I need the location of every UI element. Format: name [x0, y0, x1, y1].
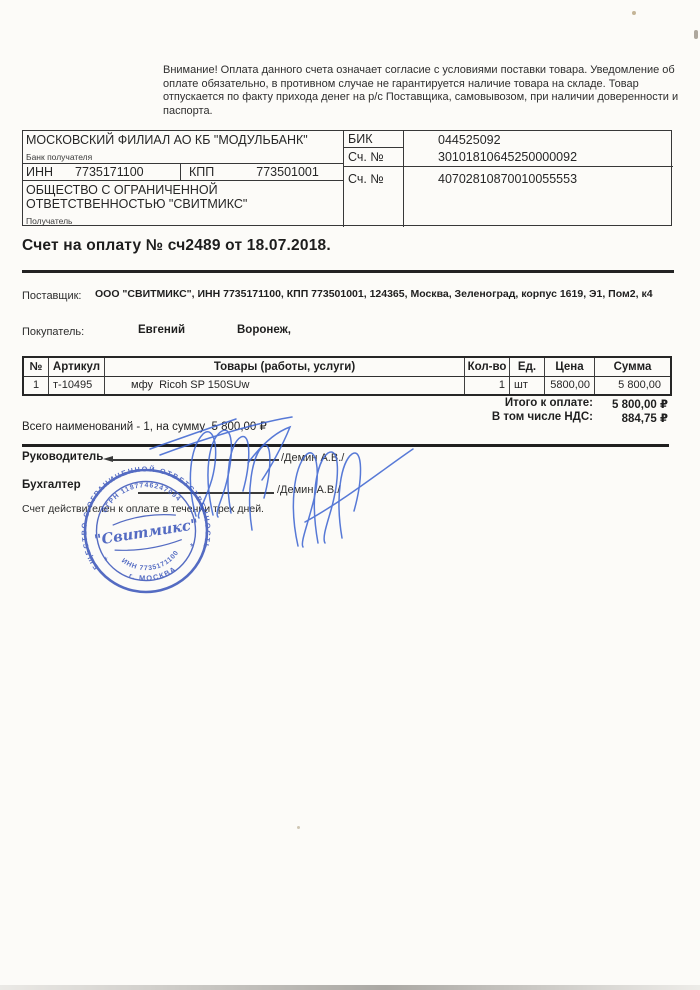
bank-details-table: МОСКОВСКИЙ ФИЛИАЛ АО КБ "МОДУЛЬБАНК" Бан… — [22, 130, 672, 226]
accountant-name: /Демин А.В./ — [277, 484, 340, 496]
supplier-label: Поставщик: — [22, 290, 81, 302]
title-separator-line — [22, 270, 674, 273]
director-name: /Демин А.В./ — [281, 452, 344, 464]
col-header-sku: Артикул — [49, 358, 105, 377]
col-header-num: № — [24, 358, 49, 377]
inn-value: 7735171100 — [75, 165, 144, 179]
inn-label: ИНН — [23, 165, 53, 179]
payment-warning-text: Внимание! Оплата данного счета означает … — [163, 64, 699, 118]
company-stamp: ОБЩЕСТВО С ОГРАНИЧЕННОЙ ОТВЕТСТВЕННОСТЬЮ… — [78, 463, 214, 599]
director-label: Руководитель — [22, 451, 103, 463]
item-row-sum: 5 800,00 — [595, 377, 670, 394]
item-row-name: мфу Ricoh SP 150SUw — [105, 377, 465, 394]
bik-and-corr-values: 044525092 30101810645250000092 — [404, 131, 673, 167]
corr-account-value: 30101810645250000092 — [438, 149, 673, 166]
stamp-company-name: "Свитмикс" — [93, 516, 199, 549]
item-row-sku: т-10495 — [49, 377, 105, 394]
buyer-first-name: Евгений — [138, 324, 185, 336]
accountant-label: Бухгалтер — [22, 479, 81, 491]
bik-label: БИК — [344, 131, 404, 148]
items-summary-line: Всего наименований - 1, на сумму 5 800,0… — [22, 419, 267, 433]
bik-value: 044525092 — [438, 132, 673, 149]
bank-name-cell: МОСКОВСКИЙ ФИЛИАЛ АО КБ "МОДУЛЬБАНК" Бан… — [23, 131, 344, 164]
totals-separator-line — [22, 444, 669, 447]
vat-value: 884,75 ₽ — [520, 411, 668, 425]
scan-bottom-edge-shadow — [0, 985, 700, 990]
items-table: № Артикул Товары (работы, услуги) Кол-во… — [22, 356, 672, 396]
bank-name-caption: Банк получателя — [26, 152, 92, 162]
kpp-label: КПП — [181, 165, 214, 179]
paper-speck — [694, 30, 698, 39]
account-label: Сч. № — [344, 167, 404, 227]
total-value: 5 800,00 ₽ — [520, 397, 668, 411]
receiver-caption: Получатель — [26, 216, 72, 226]
stamp-star-left-icon: * — [103, 555, 109, 566]
receiver-name: ОБЩЕСТВО С ОГРАНИЧЕННОЙ ОТВЕТСТВЕННОСТЬЮ… — [23, 181, 343, 211]
paper-speck — [632, 11, 636, 15]
col-header-qty: Кол-во — [465, 358, 510, 377]
bank-name: МОСКОВСКИЙ ФИЛИАЛ АО КБ "МОДУЛЬБАНК" — [23, 131, 343, 147]
item-row-qty: 1 — [465, 377, 510, 394]
receiver-cell: ОБЩЕСТВО С ОГРАНИЧЕННОЙ ОТВЕТСТВЕННОСТЬЮ… — [23, 181, 344, 227]
buyer-label: Покупатель: — [22, 326, 84, 338]
invoice-scan-page: Внимание! Оплата данного счета означает … — [0, 0, 700, 990]
kpp-value: 773501001 — [256, 165, 319, 179]
col-header-goods: Товары (работы, услуги) — [105, 358, 465, 377]
supplier-value: ООО "СВИТМИКС", ИНН 7735171100, КПП 7735… — [95, 288, 685, 300]
buyer-city: Воронеж, — [237, 324, 291, 336]
director-signature-line — [112, 459, 279, 461]
item-row-num: 1 — [24, 377, 49, 394]
item-row-price: 5800,00 — [545, 377, 595, 394]
col-header-sum: Сумма — [595, 358, 670, 377]
kpp-cell: КПП 773501001 — [181, 164, 344, 181]
item-row-unit: шт — [510, 377, 545, 394]
corr-account-label: Сч. № — [344, 148, 404, 167]
col-header-price: Цена — [545, 358, 595, 377]
account-value: 40702810870010055553 — [404, 167, 673, 227]
invoice-title: Счет на оплату № сч2489 от 18.07.2018. — [22, 237, 331, 255]
col-header-unit: Ед. — [510, 358, 545, 377]
paper-speck — [297, 826, 300, 829]
inn-cell: ИНН 7735171100 — [23, 164, 181, 181]
